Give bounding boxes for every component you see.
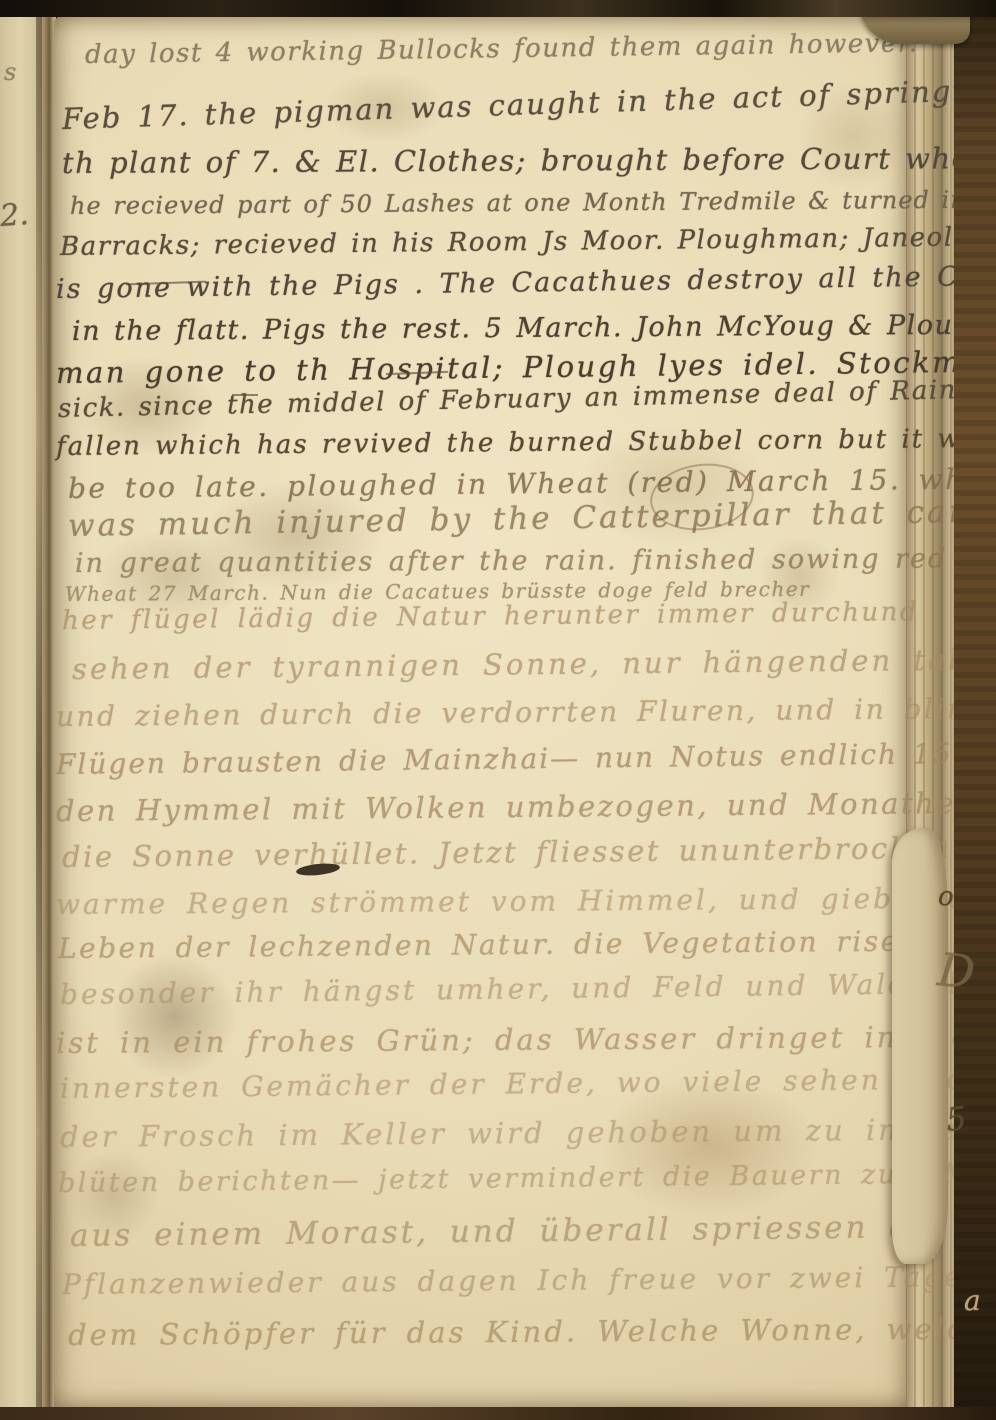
manuscript-line-23: besonder ihr hängst umher, und Feld und … <box>60 966 996 1011</box>
manuscript-page: day lost 4 working Bullocks found them a… <box>54 16 906 1410</box>
manuscript-line-5: Barracks; recieved in his Room Js Moor. … <box>60 222 971 262</box>
manuscript-line-26: der Frosch im Keller wird gehoben um zu … <box>60 1111 996 1154</box>
leather-cover-edge <box>954 0 996 1420</box>
manuscript-line-2: Feb 17. the pigman was caught in the act… <box>61 72 996 136</box>
manuscript-photo: day lost 4 working Bullocks found them a… <box>0 0 996 1420</box>
manuscript-line-22: Leben der lechzenden Natur. die Vegetati… <box>58 924 937 965</box>
bottom-table-strip <box>0 1407 996 1420</box>
manuscript-line-20: die Sonne verhüllet. Jetzt fliesset unun… <box>62 830 996 874</box>
manuscript-line-7: in the flatt. Pigs the rest. 5 March. Jo… <box>72 310 996 347</box>
torn-page-corner <box>892 828 948 1264</box>
manuscript-line-1: day lost 4 working Bullocks found them a… <box>85 28 919 70</box>
manuscript-line-3: th plant of 7. & El. Clothes; brought be… <box>62 141 996 180</box>
text-layer: day lost 4 working Bullocks found them a… <box>54 16 906 1410</box>
underline-mark <box>232 394 258 396</box>
manuscript-line-16: sehen der tyrannigen Sonne, nur hängende… <box>72 642 996 686</box>
manuscript-line-24: ist in ein frohes Grün; das Wasser dring… <box>56 1020 972 1060</box>
manuscript-line-25: innersten Gemächer der Erde, wo viele se… <box>60 1062 996 1105</box>
manuscript-line-10: fallen which has revived the burned Stub… <box>56 424 993 462</box>
manuscript-line-27: blüten berichten— jetzt vermindert die B… <box>58 1158 996 1199</box>
manuscript-line-21: warme Regen strömmet vom Himmel, und gie… <box>56 881 996 921</box>
manuscript-line-30: dem Schöpfer für das Kind. Welche Wonne,… <box>68 1312 988 1352</box>
manuscript-line-17: und ziehen durch die verdorrten Fluren, … <box>56 692 996 733</box>
top-background-strip <box>0 0 996 17</box>
manuscript-line-4: he recieved part of 50 Lashes at one Mon… <box>70 186 993 220</box>
manuscript-line-29: Pflanzenwieder aus dagen Ich freue vor z… <box>62 1260 985 1301</box>
manuscript-line-18: Flügen brausten die Mainzhai— nun Notus … <box>56 736 996 781</box>
left-gutter-page-edge <box>0 12 56 1412</box>
manuscript-line-13: in great quantities after the rain. fini… <box>75 543 947 579</box>
manuscript-line-28: aus einem Morast, und überall spriessen … <box>70 1209 947 1254</box>
manuscript-line-19: den Hymmel mit Wolken umbezogen, und Mon… <box>56 785 996 828</box>
